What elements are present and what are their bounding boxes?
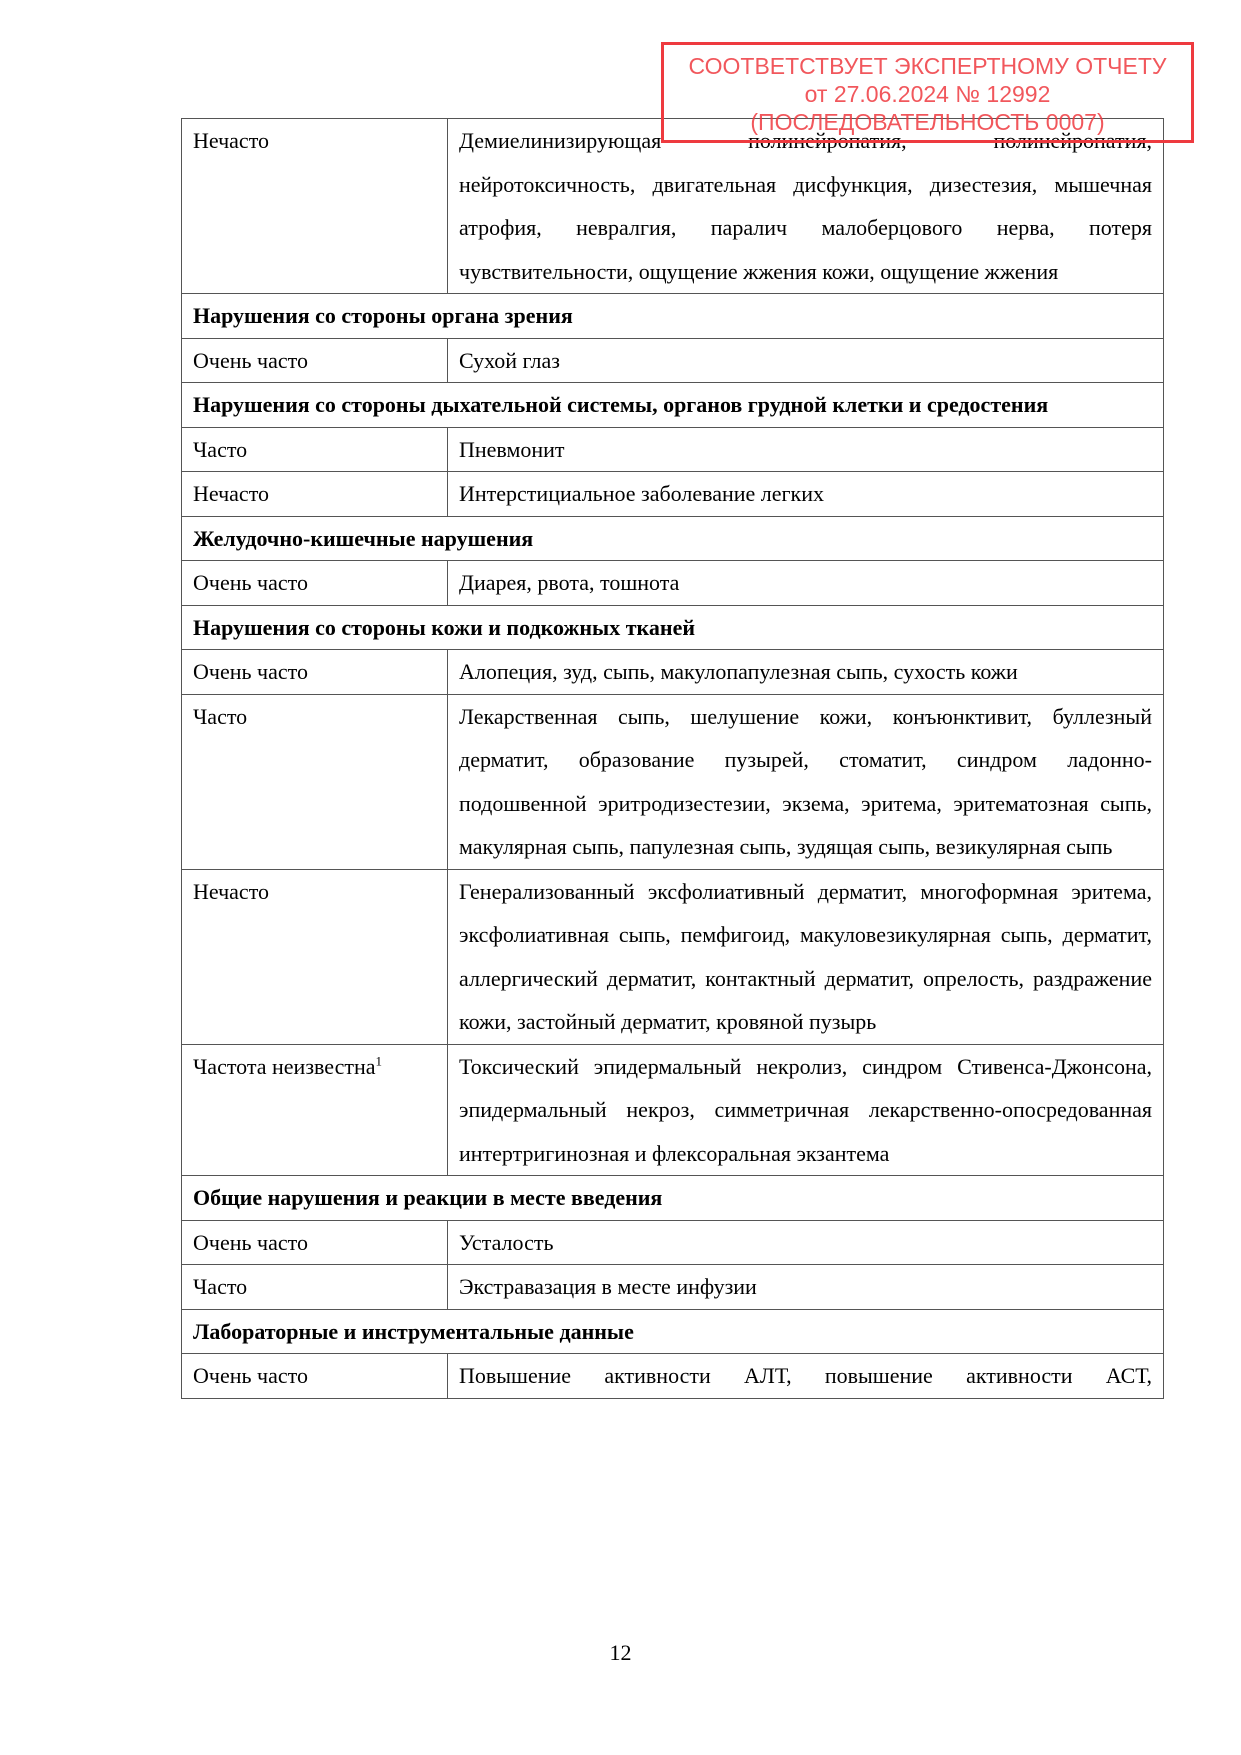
reaction-description-cell: Экстравазация в месте инфузии	[448, 1265, 1164, 1310]
table-row: Очень частоПовышение активности АЛТ, пов…	[182, 1354, 1164, 1399]
table-row: Частота неизвестна1Токсический эпидермал…	[182, 1044, 1164, 1176]
page-number: 12	[0, 1640, 1241, 1666]
reaction-description-cell: Алопеция, зуд, сыпь, макулопапулезная сы…	[448, 650, 1164, 695]
section-title: Нарушения со стороны дыхательной системы…	[182, 383, 1164, 428]
section-title: Нарушения со стороны кожи и подкожных тк…	[182, 605, 1164, 650]
reaction-description-cell: Токсический эпидермальный некролиз, синд…	[448, 1044, 1164, 1176]
frequency-cell: Нечасто	[182, 869, 448, 1044]
adverse-reactions-table-body: НечастоДемиелинизирующая полинейропатия,…	[182, 119, 1164, 1399]
frequency-cell: Очень часто	[182, 561, 448, 606]
reaction-description-cell: Усталость	[448, 1220, 1164, 1265]
stamp-line-1: СООТВЕТСТВУЕТ ЭКСПЕРТНОМУ ОТЧЕТУ	[661, 52, 1194, 80]
frequency-cell: Очень часто	[182, 1220, 448, 1265]
section-header-row: Лабораторные и инструментальные данные	[182, 1309, 1164, 1354]
frequency-label: Часто	[193, 704, 247, 729]
section-title: Общие нарушения и реакции в месте введен…	[182, 1176, 1164, 1221]
frequency-label: Очень часто	[193, 570, 308, 595]
reaction-description-cell: Генерализованный эксфолиативный дерматит…	[448, 869, 1164, 1044]
section-header-row: Нарушения со стороны кожи и подкожных тк…	[182, 605, 1164, 650]
adverse-reactions-table: НечастоДемиелинизирующая полинейропатия,…	[181, 118, 1164, 1399]
reaction-description-cell: Интерстициальное заболевание легких	[448, 472, 1164, 517]
frequency-cell: Очень часто	[182, 1354, 448, 1399]
table-row: ЧастоЭкстравазация в месте инфузии	[182, 1265, 1164, 1310]
table-row: ЧастоПневмонит	[182, 427, 1164, 472]
frequency-cell: Нечасто	[182, 472, 448, 517]
section-title: Лабораторные и инструментальные данные	[182, 1309, 1164, 1354]
frequency-label: Очень часто	[193, 348, 308, 373]
reaction-description-cell: Диарея, рвота, тошнота	[448, 561, 1164, 606]
frequency-cell: Нечасто	[182, 119, 448, 294]
reaction-description-cell: Пневмонит	[448, 427, 1164, 472]
approval-stamp: СООТВЕТСТВУЕТ ЭКСПЕРТНОМУ ОТЧЕТУ от 27.0…	[661, 52, 1194, 136]
frequency-label: Очень часто	[193, 659, 308, 684]
frequency-cell: Часто	[182, 1265, 448, 1310]
table-row: НечастоИнтерстициальное заболевание легк…	[182, 472, 1164, 517]
frequency-cell: Очень часто	[182, 338, 448, 383]
table-row: НечастоДемиелинизирующая полинейропатия,…	[182, 119, 1164, 294]
reaction-description-cell: Демиелинизирующая полинейропатия, полине…	[448, 119, 1164, 294]
section-header-row: Желудочно-кишечные нарушения	[182, 516, 1164, 561]
frequency-label: Нечасто	[193, 128, 269, 153]
reaction-description-cell: Повышение активности АЛТ, повышение акти…	[448, 1354, 1164, 1399]
footnote-marker: 1	[376, 1053, 383, 1068]
frequency-label: Очень часто	[193, 1363, 308, 1388]
table-row: Очень частоСухой глаз	[182, 338, 1164, 383]
frequency-cell: Очень часто	[182, 650, 448, 695]
frequency-label: Очень часто	[193, 1230, 308, 1255]
stamp-line-2: от 27.06.2024 № 12992	[661, 80, 1194, 108]
section-header-row: Общие нарушения и реакции в месте введен…	[182, 1176, 1164, 1221]
section-header-row: Нарушения со стороны дыхательной системы…	[182, 383, 1164, 428]
frequency-label: Нечасто	[193, 879, 269, 904]
frequency-label: Часто	[193, 1274, 247, 1299]
reaction-description-cell: Лекарственная сыпь, шелушение кожи, конъ…	[448, 694, 1164, 869]
table-row: НечастоГенерализованный эксфолиативный д…	[182, 869, 1164, 1044]
table-row: ЧастоЛекарственная сыпь, шелушение кожи,…	[182, 694, 1164, 869]
section-title: Нарушения со стороны органа зрения	[182, 294, 1164, 339]
section-header-row: Нарушения со стороны органа зрения	[182, 294, 1164, 339]
section-title: Желудочно-кишечные нарушения	[182, 516, 1164, 561]
frequency-cell: Часто	[182, 427, 448, 472]
frequency-cell: Часто	[182, 694, 448, 869]
table-row: Очень частоУсталость	[182, 1220, 1164, 1265]
stamp-line-3: (ПОСЛЕДОВАТЕЛЬНОСТЬ 0007)	[661, 108, 1194, 136]
reaction-description-cell: Сухой глаз	[448, 338, 1164, 383]
frequency-label: Частота неизвестна	[193, 1054, 376, 1079]
table-row: Очень частоДиарея, рвота, тошнота	[182, 561, 1164, 606]
frequency-label: Часто	[193, 437, 247, 462]
frequency-cell: Частота неизвестна1	[182, 1044, 448, 1176]
frequency-label: Нечасто	[193, 481, 269, 506]
table-row: Очень частоАлопеция, зуд, сыпь, макулопа…	[182, 650, 1164, 695]
